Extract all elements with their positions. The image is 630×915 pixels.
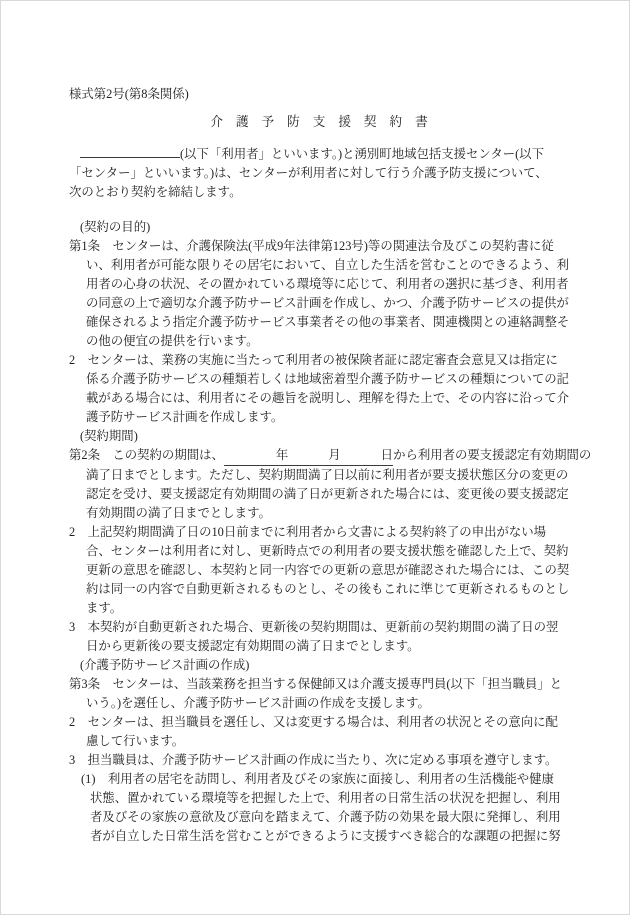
article2-clause3-line: 日から更新後の要支援認定有効期間の満了日までとします。 <box>69 637 569 656</box>
day-blank[interactable] <box>341 458 381 459</box>
user-name-blank[interactable] <box>80 145 180 158</box>
article1-clause2-line: 載がある場合には、利用者にその趣旨を説明し、理解を得た上で、その内容に沿って介 <box>69 389 569 408</box>
month-label: 月 <box>328 448 340 462</box>
article3-clause2-line: 2 センターは、担当職員を選任し、又は変更する場合は、利用者の状況とその意向に配 <box>69 713 569 732</box>
article1-line: 確保されるよう指定介護予防サービス事業者その他の事業者、関連機関との連絡調整そ <box>69 313 569 332</box>
article2-line: 認定を受け、要支援認定有効期間の満了日が更新された場合には、変更後の要支援認定 <box>69 485 569 504</box>
article1-clause2-line: 2 センターは、業務の実施に当たって利用者の被保険者証に認定審査会意見又は指定に <box>69 351 569 370</box>
contract-date-blank[interactable]: 年月日 <box>224 446 393 466</box>
article1-line: い、利用者が可能な限りその居宅において、自立した生活を営むことのできるよう、利 <box>69 256 569 275</box>
article2-clause2-line: 更新の意思を確認し、本契約と同一内容での更新の意思が確認された場合には、この契 <box>69 561 569 580</box>
article3-item1-line: 者が自立した日常生活を営むことができるように支援すべき総合的な課題の把握に努 <box>69 827 569 846</box>
article3-item1-line: (1) 利用者の居宅を訪問し、利用者及びその家族に面接し、利用者の生活機能や健康 <box>69 770 569 789</box>
article2-clause3-line: 3 本契約が自動更新された場合、更新後の契約期間は、更新前の契約期間の満了日の翌 <box>69 618 569 637</box>
contract-document-page: 様式第2号(第8条関係) 介 護 予 防 支 援 契 約 書 (以下「利用者」と… <box>0 0 630 915</box>
preamble-line-2: 「センター」といいます。)は、センターが利用者に対して行う介護予防支援について、 <box>69 164 569 183</box>
year-blank[interactable] <box>224 458 276 459</box>
article1-line: の同意の上で適切な介護予防サービス計画を作成し、かつ、介護予防サービスの提供が <box>69 294 569 313</box>
article2-line-1: 第2条 この契約の期間は、年月日から利用者の要支援認定有効期間の <box>69 446 569 466</box>
preamble-line-1: (以下「利用者」といいます。)と湧別町地域包括支援センター(以下 <box>69 145 569 164</box>
article3-line: 第3条 センターは、当該業務を担当する保健師又は介護支援専門員(以下「担当職員」… <box>69 675 569 694</box>
article2-lead: 第2条 この契約の期間は、 <box>69 448 224 462</box>
article1-clause2-line: 係る介護予防サービスの種類若しくは地域密着型介護予防サービスの種類についての記 <box>69 370 569 389</box>
day-label: 日 <box>381 448 393 462</box>
month-blank[interactable] <box>288 458 328 459</box>
year-label: 年 <box>276 448 288 462</box>
article1-line: の他の便宜の提供を行います。 <box>69 332 569 351</box>
form-number: 様式第2号(第8条関係) <box>69 85 569 104</box>
article3-clause3-line: 3 担当職員は、介護予防サービス計画の作成に当たり、次に定める事項を遵守します。 <box>69 751 569 770</box>
article1-line: 第1条 センターは、介護保険法(平成9年法律第123号)等の関連法令及びこの契約… <box>69 237 569 256</box>
article1-clause2-line: 護予防サービス計画を作成します。 <box>69 408 569 427</box>
article2-line: 有効期間の満了日までとします。 <box>69 504 569 523</box>
heading-term: (契約期間) <box>69 427 569 446</box>
article2-clause2-line: 合、センターは利用者に対し、更新時点での利用者の要支援状態を確認した上で、契約 <box>69 542 569 561</box>
article3-clause2-line: 慮して行います。 <box>69 732 569 751</box>
preamble-line-3: 次のとおり契約を締結します。 <box>69 183 569 202</box>
article3-item1-line: 状態、置かれている環境等を把握した上で、利用者の日常生活の状況を把握し、利用 <box>69 789 569 808</box>
preamble-line-1-text: (以下「利用者」といいます。)と湧別町地域包括支援センター(以下 <box>180 147 544 161</box>
article2-clause2-line: 約は同一の内容で自動更新されるものとし、その後もこれに準じて更新されるものとし <box>69 580 569 599</box>
article2-clause2-line: ます。 <box>69 599 569 618</box>
article2-clause2-line: 2 上記契約期間満了日の10日前までに利用者から文書による契約終了の申出がない場 <box>69 523 569 542</box>
document-title: 介 護 予 防 支 援 契 約 書 <box>69 113 569 132</box>
heading-purpose: (契約の目的) <box>69 218 569 237</box>
article2-line: 満了日までとします。ただし、契約期間満了日以前に利用者が要支援状態区分の変更の <box>69 466 569 485</box>
article3-line: いう。)を選任し、介護予防サービス計画の作成を支援します。 <box>69 694 569 713</box>
document-content: 様式第2号(第8条関係) 介 護 予 防 支 援 契 約 書 (以下「利用者」と… <box>69 85 569 846</box>
article2-tail: から利用者の要支援認定有効期間の <box>393 448 591 462</box>
heading-plan: (介護予防サービス計画の作成) <box>69 656 569 675</box>
article3-item1-line: 者及びその家族の意欲及び意向を踏まえて、介護予防の効果を最大限に発揮し、利用 <box>69 808 569 827</box>
article1-line: 用者の心身の状況、その置かれている環境等に応じて、利用者の選択に基づき、利用者 <box>69 275 569 294</box>
